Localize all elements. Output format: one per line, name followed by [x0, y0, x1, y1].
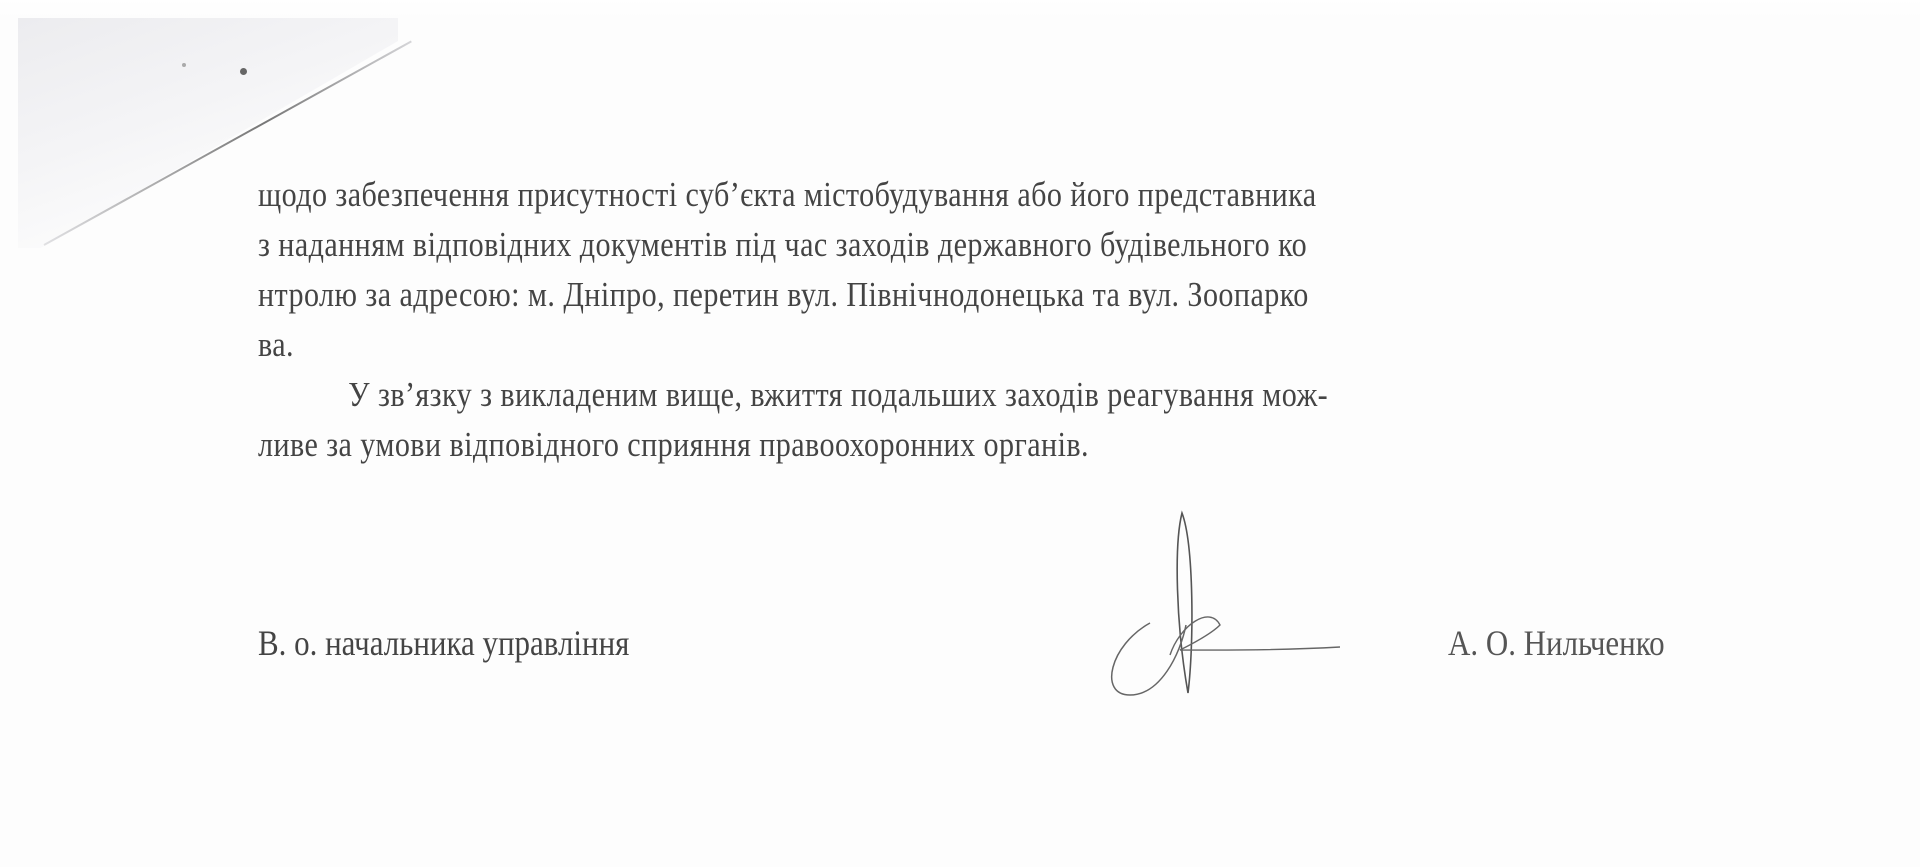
paragraph-2: У зв’язку з викладеним вище, вжиття пода… — [258, 370, 1582, 470]
text-line: щодо забезпечення присутності суб’єкта м… — [258, 170, 1582, 220]
scan-speck — [240, 68, 247, 75]
paragraph-1: щодо забезпечення присутності суб’єкта м… — [258, 170, 1582, 370]
text-line: ва. — [258, 320, 1582, 370]
handwritten-signature — [1090, 505, 1350, 705]
text-line: У зв’язку з викладеним вище, вжиття пода… — [258, 370, 1582, 420]
signatory-title: В. о. начальника управління — [258, 622, 629, 664]
text-line: з наданням відповідних документів під ча… — [258, 220, 1582, 270]
text-line: нтролю за адресою: м. Дніпро, перетин ву… — [258, 270, 1582, 320]
scan-edge — [0, 0, 1920, 18]
signatory-name: А. О. Нильченко — [1448, 622, 1665, 664]
signature-block: В. о. начальника управління А. О. Нильче… — [258, 622, 1778, 702]
text-line: ливе за умови відповідного сприяння прав… — [258, 420, 1582, 470]
document-body: щодо забезпечення присутності суб’єкта м… — [258, 170, 1582, 470]
scan-speck — [182, 63, 186, 67]
